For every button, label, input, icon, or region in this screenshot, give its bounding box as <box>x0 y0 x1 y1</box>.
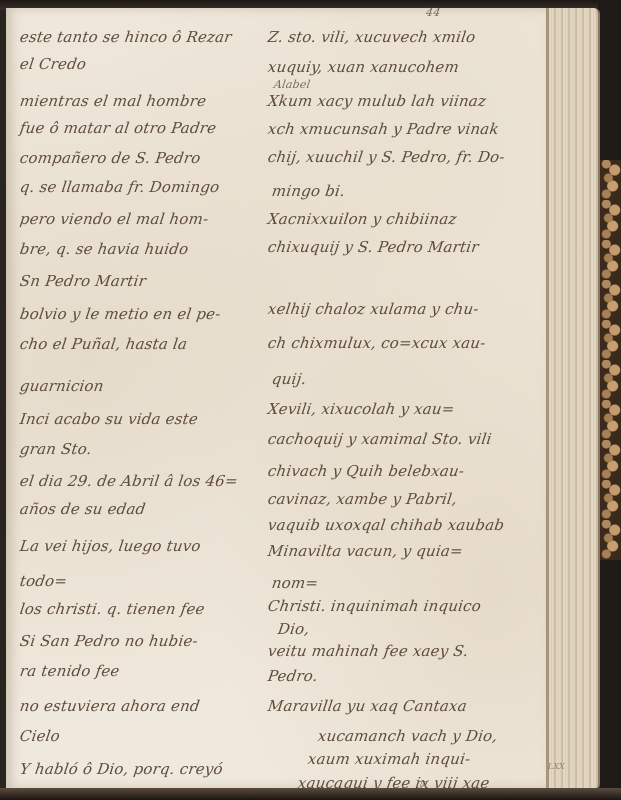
right-line: Pedro. <box>267 667 319 685</box>
right-line: Xevili, xixucolah y xau= <box>267 400 456 418</box>
left-line: gran Sto. <box>19 440 93 458</box>
right-line: xaum xuximah inqui- <box>307 750 472 768</box>
left-line: Cielo <box>19 727 62 745</box>
left-line: ra tenido fee <box>19 662 121 680</box>
page-stack-fore-edge <box>545 8 600 790</box>
left-line: mientras el mal hombre <box>19 92 208 110</box>
left-line: Sn Pedro Martir <box>19 272 148 290</box>
left-line: los christi. q. tienen fee <box>19 600 206 618</box>
right-line: xuquiy, xuan xanucohem <box>267 58 461 76</box>
right-line: veitu mahinah fee xaey S. <box>267 642 470 660</box>
right-line-interlinear: Alabel <box>273 78 311 91</box>
left-line: el Credo <box>19 55 88 73</box>
binding-bottom-edge <box>0 788 621 800</box>
right-line: Dio, <box>277 620 311 638</box>
left-line: compañero de S. Pedro <box>19 149 202 167</box>
left-line: Si San Pedro no hubie- <box>19 632 199 650</box>
right-line: Xacnixxuilon y chibiinaz <box>267 210 458 228</box>
left-line: bolvio y le metio en el pe- <box>19 305 222 323</box>
right-line: Z. sto. vili, xucuvech xmilo <box>267 28 477 46</box>
left-line: fue ô matar al otro Padre <box>19 119 218 137</box>
right-line: Xkum xacy mulub lah viinaz <box>267 92 488 110</box>
right-line: xelhij chaloz xulama y chu- <box>267 300 480 318</box>
right-line: mingo bi. <box>271 182 347 200</box>
left-line: todo= <box>19 572 69 590</box>
left-line: q. se llamaba fr. Domingo <box>19 178 221 196</box>
right-line: cavinaz, xambe y Pabril, <box>267 490 459 508</box>
right-line: cachoquij y xamimal Sto. vili <box>267 430 493 448</box>
right-line: quij. <box>271 370 308 388</box>
left-line: Y habló ô Dio, porq. creyó <box>19 760 224 778</box>
left-line: años de su edad <box>19 500 147 518</box>
left-line: pero viendo el mal hom- <box>19 210 210 228</box>
right-line: chixuquij y S. Pedro Martir <box>267 238 480 256</box>
left-line: La vei hijos, luego tuvo <box>19 537 202 555</box>
right-line: vaquib uxoxqal chihab xaubab <box>267 516 506 534</box>
right-line: Minavilta vacun, y quia= <box>267 542 464 560</box>
left-line: cho el Puñal, hasta la <box>19 335 189 353</box>
marbled-endpaper <box>600 160 621 560</box>
left-line: el dia 29. de Abril â los 46= <box>19 472 239 490</box>
manuscript-page: 44 este tanto se hinco ô Rezar el Credo … <box>6 8 549 788</box>
left-line: este tanto se hinco ô Rezar <box>19 28 233 46</box>
folio-number: 44 <box>425 6 441 19</box>
right-line: ch chixmulux, co=xcux xau- <box>267 334 487 352</box>
left-line: guarnicion <box>19 377 105 395</box>
corner-stamp: LXX <box>548 762 565 771</box>
left-line: bre, q. se havia huido <box>19 240 190 258</box>
right-line: xch xmucunsah y Padre vinak <box>267 120 500 138</box>
right-line: xucamanch vach y Dio, <box>317 727 499 745</box>
right-line: chij, xuuchil y S. Pedro, fr. Do- <box>267 148 506 166</box>
right-line: nom= <box>271 574 320 592</box>
left-line: no estuviera ahora end <box>19 697 201 715</box>
right-line: Maravilla yu xaq Cantaxa <box>267 697 468 715</box>
right-line: Christi. inquinimah inquico <box>267 597 483 615</box>
left-line: Inci acabo su vida este <box>19 410 200 428</box>
right-line: chivach y Quih belebxau- <box>267 462 466 480</box>
